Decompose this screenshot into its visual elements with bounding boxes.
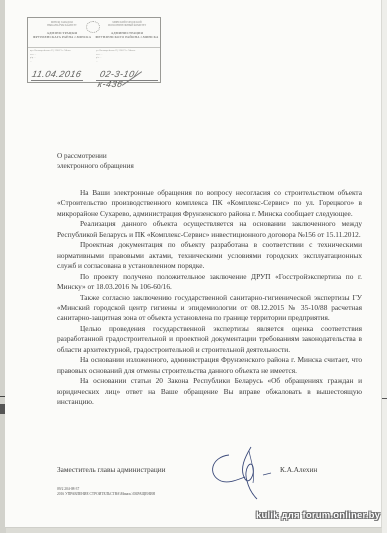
scan-right-edge — [382, 0, 387, 533]
body-paragraph: На основании статьи 20 Закона Республики… — [57, 376, 362, 407]
stamp-header-line: ИСПОЛНИТЕЛЬНЫЙ КОМИТЕТ — [95, 24, 159, 27]
watermark: kulik для forum.onliner.by — [256, 510, 380, 521]
body-paragraph: Также согласно заключению государственно… — [57, 293, 362, 324]
body-paragraph: Целью проведения государственной эксперт… — [57, 324, 362, 355]
letterhead-stamp: МIНСКI ГАРАДСКI ВЫКАНАЎЧЫ КАМIТЭТ АДМIНI… — [27, 17, 161, 83]
signatory-name: К.А.Алехин — [280, 465, 317, 474]
handwritten-date: 11.04.2016 — [31, 69, 83, 79]
divider — [28, 47, 160, 48]
stamp-address-left: вул. Калькарейскага 29, 220071 г. Мiнск … — [30, 49, 94, 63]
stamp-org-name: АДМИНИСТРАЦИЯ ФРУНЗЕНСКОГО РАЙОНА г.МИНС… — [95, 32, 159, 38]
stamp-header-line: ВЫКАНАЎЧЫ КАМIТЭТ — [30, 24, 94, 27]
body-paragraph: По проекту получено положительное заключ… — [57, 272, 362, 293]
stamp-address-line: ... — [30, 60, 94, 64]
date-underline — [31, 80, 83, 81]
body-paragraph: На Ваши электронные обращения по вопросу… — [57, 188, 362, 219]
stamp-right-column: МИНСКИЙ ГОРОДСКОЙ ИСПОЛНИТЕЛЬНЫЙ КОМИТЕТ… — [95, 21, 159, 39]
letter-subject: О рассмотрении электронного обращения — [57, 151, 134, 171]
body-paragraph: Реализация данного объекта осуществляетс… — [57, 219, 362, 240]
stamp-org-name: АДМIНIСТРАЦЫЯ ФРУНЗЕНСКАГА РАЁНА г.МIНСК… — [30, 32, 94, 38]
body-paragraph: Проектная документация по объекту разраб… — [57, 240, 362, 271]
footer-path-line: 2016 УПРАВЛЕНИЕ СТРОИТЕЛЬСТВА\Минск.\ОБР… — [57, 492, 155, 497]
stamp-org-line: ФРУНЗЕНСКАГА РАЁНА г.МIНСКА — [30, 36, 94, 39]
scan-edge-mark — [382, 398, 387, 399]
stamp-left-column: МIНСКI ГАРАДСКI ВЫКАНАЎЧЫ КАМIТЭТ АДМIНI… — [30, 21, 94, 39]
body-paragraph: На основании изложенного, администрация … — [57, 355, 362, 376]
subject-line: О рассмотрении — [57, 151, 134, 161]
letter-body: На Ваши электронные обращения по вопросу… — [57, 188, 362, 408]
stamp-address-line: ... — [96, 60, 160, 64]
document-footer: 09/2 204-08-37 2016 УПРАВЛЕНИЕ СТРОИТЕЛЬ… — [57, 487, 155, 497]
stamp-address-right: ул. Калькарейская 29, 220071 г. Минск те… — [96, 49, 160, 63]
signatory-title: Заместитель главы администрации — [57, 465, 166, 474]
stamp-org-line: ФРУНЗЕНСКОГО РАЙОНА г.МИНСКА — [95, 36, 159, 39]
subject-line: электронного обращения — [57, 161, 134, 171]
handwritten-signature-icon — [205, 445, 285, 500]
